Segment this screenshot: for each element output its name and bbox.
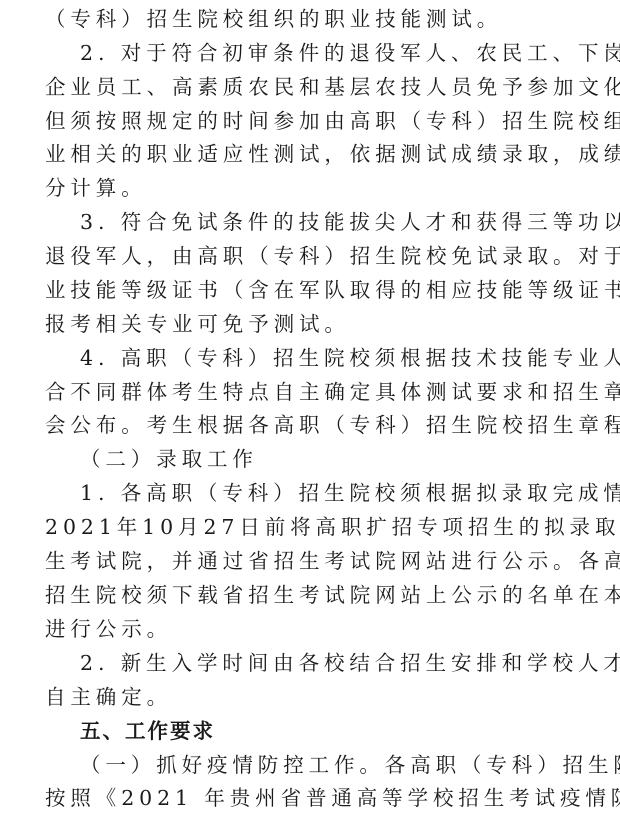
body-text-line: 2. 对于符合初审条件的退役军人、农民工、下岗失业人员、	[80, 41, 590, 65]
body-text-line: 3. 符合免试条件的技能拔尖人才和获得三等功以上奖励的	[80, 210, 590, 234]
body-text-line: 合不同群体考生特点自主确定具体测试要求和招生章程，并向社	[45, 380, 590, 404]
body-text-line: 按照《2021 年贵州省普通高等学校招生考试疫情防控方案》的相	[45, 786, 590, 810]
subsection-heading: （二）录取工作	[80, 447, 590, 471]
body-text-line: 企业员工、高素质农民和基层农技人员免予参加文化基础测试，	[45, 75, 590, 99]
body-text-line: 但须按照规定的时间参加由高职（专科）招生院校组织与报考专	[45, 109, 590, 133]
body-text-line: 报考相关专业可免予测试。	[45, 312, 590, 336]
body-text-line: 业相关的职业适应性测试，依据测试成绩录取，成绩按满分 100	[45, 142, 590, 166]
body-text-line: 2021年10月27日前将高职扩招专项招生的拟录取名单上报省招	[45, 515, 590, 539]
section-heading: 五、工作要求	[80, 719, 590, 743]
body-text-line: 4. 高职（专科）招生院校须根据技术技能专业人才要求，结	[80, 346, 590, 370]
body-text-line: 1. 各高职（专科）招生院校须根据拟录取完成情况，分别于	[80, 481, 590, 505]
body-text-line: 退役军人，由高职（专科）招生院校免试录取。对于取得相关职	[45, 244, 590, 268]
body-text-line: 生考试院，并通过省招生考试院网站进行公示。各高职（专科）	[45, 549, 590, 573]
body-text-line: 2. 新生入学时间由各校结合招生安排和学校人才培养方案	[80, 651, 590, 675]
body-text-line: 招生院校须下载省招生考试院网站上公示的名单在本校网站上	[45, 583, 590, 607]
body-text-line: 业技能等级证书（含在军队取得的相应技能等级证书）的考生，	[45, 278, 590, 302]
body-text-line: 进行公示。	[45, 617, 590, 641]
body-text-line: （专科）招生院校组织的职业技能测试。	[45, 7, 590, 31]
body-text-line: 自主确定。	[45, 685, 590, 709]
document-page: （专科）招生院校组织的职业技能测试。 2. 对于符合初审条件的退役军人、农民工、…	[0, 0, 620, 839]
body-text-line: 分计算。	[45, 176, 590, 200]
body-text-line: 会公布。考生根据各高职（专科）招生院校招生章程参加测试。	[45, 413, 590, 437]
body-text-line: （一）抓好疫情防控工作。各高职（专科）招生院校要严格	[80, 753, 590, 777]
